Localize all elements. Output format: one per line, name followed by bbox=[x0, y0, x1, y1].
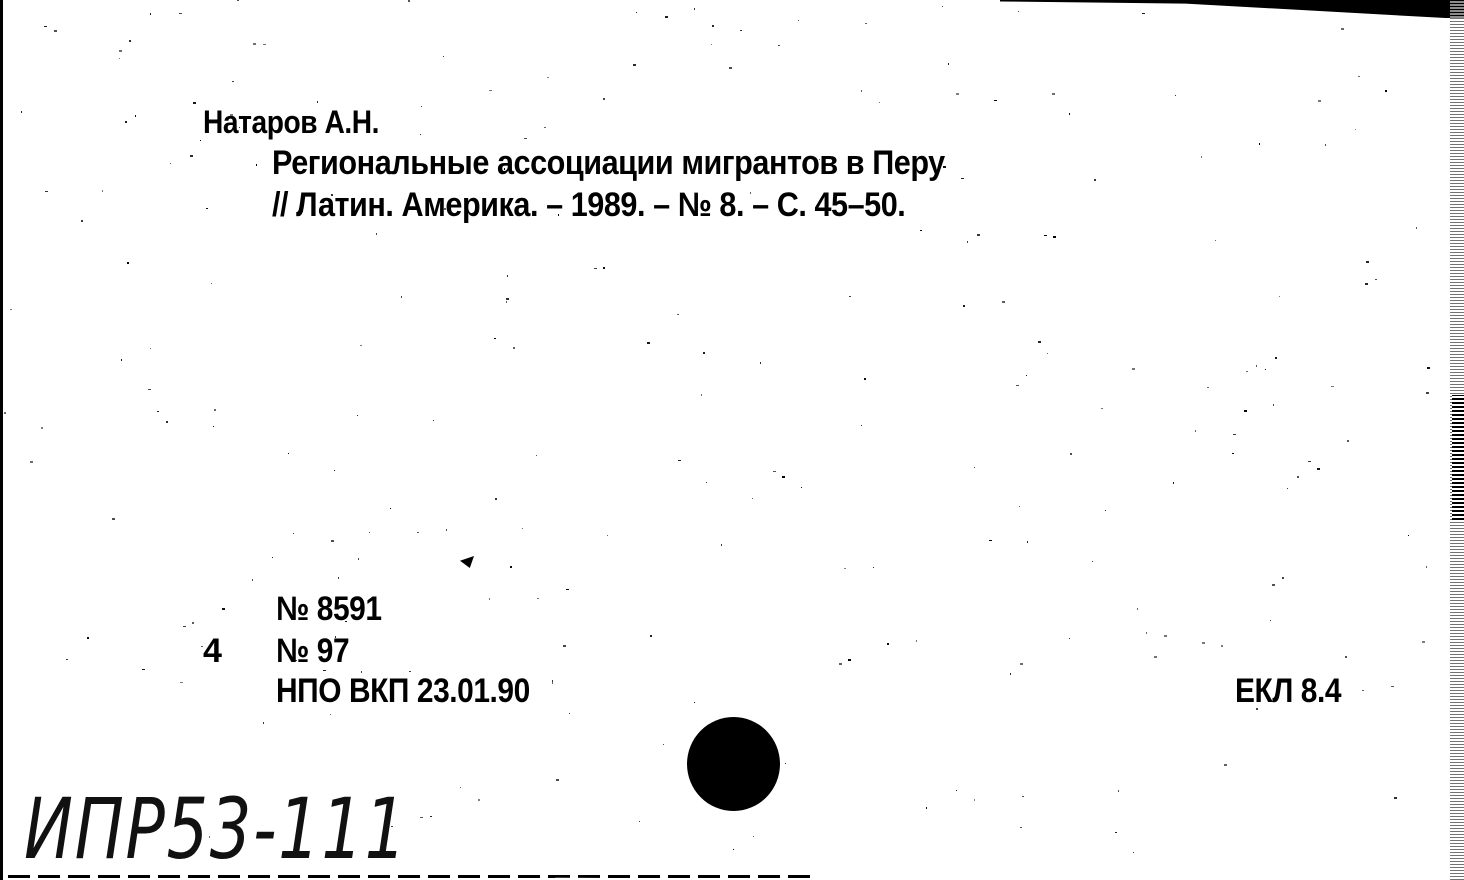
speck bbox=[752, 498, 753, 499]
speck bbox=[1115, 832, 1117, 833]
speck bbox=[1094, 179, 1096, 181]
speck bbox=[1345, 656, 1347, 658]
speck bbox=[1221, 645, 1223, 647]
speck bbox=[663, 744, 664, 745]
speck bbox=[558, 214, 559, 216]
speck bbox=[639, 821, 640, 822]
speck bbox=[301, 211, 303, 212]
speck bbox=[916, 640, 917, 642]
speck bbox=[180, 682, 183, 683]
speck bbox=[839, 663, 842, 665]
speck bbox=[544, 127, 546, 128]
ink-mark bbox=[460, 556, 474, 568]
speck bbox=[694, 702, 695, 703]
speck bbox=[478, 799, 480, 801]
speck bbox=[914, 161, 917, 162]
speck bbox=[369, 532, 370, 533]
speck bbox=[943, 166, 946, 168]
speck bbox=[1305, 688, 1306, 689]
speck bbox=[1002, 301, 1005, 303]
speck bbox=[190, 155, 193, 157]
speck bbox=[1026, 375, 1027, 376]
card-left-edge bbox=[0, 0, 3, 880]
speck bbox=[390, 508, 391, 509]
author: Натаров А.Н. bbox=[203, 104, 379, 141]
speck bbox=[1362, 690, 1364, 691]
speck bbox=[1365, 283, 1368, 285]
speck bbox=[1275, 357, 1277, 359]
speck bbox=[861, 425, 862, 426]
speck bbox=[433, 420, 434, 421]
speck bbox=[1195, 430, 1196, 432]
speck bbox=[1133, 852, 1134, 853]
speck bbox=[711, 44, 712, 45]
speck bbox=[1016, 385, 1019, 386]
speck bbox=[376, 233, 377, 235]
speck bbox=[733, 849, 734, 850]
speck bbox=[801, 487, 802, 488]
speck bbox=[1070, 453, 1072, 455]
speck bbox=[1272, 584, 1275, 586]
speck bbox=[494, 338, 496, 339]
speck bbox=[633, 64, 636, 66]
speck bbox=[54, 30, 57, 32]
speck bbox=[1279, 296, 1280, 297]
speck bbox=[430, 816, 432, 817]
speck bbox=[879, 102, 880, 103]
npo-line: НПО ВКП 23.01.90 bbox=[276, 672, 530, 711]
speck bbox=[510, 566, 512, 568]
speck bbox=[1422, 641, 1425, 643]
speck bbox=[293, 533, 294, 534]
speck bbox=[170, 163, 171, 164]
speck bbox=[701, 394, 702, 396]
speck bbox=[1416, 227, 1417, 229]
speck bbox=[1173, 482, 1174, 484]
speck bbox=[200, 140, 201, 141]
speck bbox=[507, 275, 508, 277]
speck bbox=[1408, 535, 1409, 536]
speck bbox=[213, 426, 214, 427]
speck bbox=[119, 50, 122, 52]
speck bbox=[1232, 453, 1234, 454]
speck bbox=[712, 25, 714, 27]
issue-number: № 97 bbox=[276, 632, 349, 671]
speck bbox=[1347, 440, 1349, 442]
speck bbox=[1437, 12, 1438, 13]
speck bbox=[351, 692, 352, 693]
speck bbox=[537, 598, 539, 599]
speck bbox=[750, 192, 751, 194]
speck bbox=[994, 100, 997, 101]
speck bbox=[956, 93, 959, 95]
speck bbox=[848, 659, 851, 661]
speck bbox=[703, 352, 705, 354]
speck bbox=[974, 799, 975, 801]
speck bbox=[1409, 4, 1410, 6]
speck bbox=[721, 544, 722, 546]
speck bbox=[1202, 642, 1205, 644]
speck bbox=[513, 347, 515, 349]
speck bbox=[566, 589, 569, 590]
speck bbox=[444, 208, 446, 210]
speck bbox=[1355, 129, 1356, 130]
speck bbox=[338, 577, 339, 579]
speck bbox=[718, 779, 721, 780]
speck bbox=[1270, 620, 1271, 621]
speck bbox=[948, 63, 949, 65]
speck bbox=[1020, 827, 1022, 828]
speck bbox=[678, 460, 681, 461]
speck bbox=[460, 787, 461, 788]
speck bbox=[334, 470, 335, 471]
speck bbox=[563, 645, 566, 647]
speck bbox=[1105, 510, 1106, 511]
speck bbox=[1101, 408, 1103, 409]
speck bbox=[844, 568, 846, 569]
speck bbox=[547, 77, 549, 78]
speck bbox=[201, 646, 203, 647]
speck bbox=[504, 168, 505, 170]
speck bbox=[417, 532, 419, 533]
speck bbox=[1287, 488, 1288, 489]
speck bbox=[961, 178, 964, 179]
speck bbox=[1118, 790, 1119, 792]
speck bbox=[30, 461, 33, 463]
speck bbox=[121, 359, 122, 361]
speck bbox=[183, 626, 186, 627]
speck bbox=[420, 817, 423, 818]
speck bbox=[1010, 673, 1011, 675]
handwritten-code: ИПР53-111 bbox=[24, 780, 408, 878]
speck bbox=[211, 283, 212, 284]
speck bbox=[1069, 113, 1070, 115]
speck bbox=[1391, 686, 1394, 687]
speck bbox=[345, 621, 347, 622]
speck bbox=[926, 807, 927, 809]
speck bbox=[2, 271, 3, 273]
speck bbox=[967, 241, 968, 243]
speck bbox=[1366, 261, 1369, 263]
speck bbox=[977, 234, 980, 236]
speck bbox=[636, 12, 637, 13]
speck bbox=[1375, 279, 1377, 280]
speck bbox=[1246, 371, 1248, 372]
speck bbox=[358, 558, 359, 560]
speck bbox=[331, 540, 334, 542]
speck bbox=[489, 90, 492, 91]
speck bbox=[506, 298, 509, 300]
speck bbox=[209, 836, 210, 838]
speck bbox=[1256, 708, 1258, 710]
speck bbox=[1259, 143, 1260, 145]
speck bbox=[119, 58, 120, 59]
speck bbox=[1256, 365, 1257, 367]
speck bbox=[1164, 635, 1167, 637]
speck bbox=[21, 111, 22, 113]
speck bbox=[361, 671, 362, 673]
speck bbox=[135, 115, 136, 117]
speck bbox=[1358, 76, 1360, 77]
speck bbox=[1325, 144, 1326, 146]
speck bbox=[778, 45, 780, 46]
speck bbox=[1053, 236, 1056, 238]
speck bbox=[1331, 386, 1334, 387]
speck bbox=[272, 557, 273, 558]
speck bbox=[331, 194, 333, 196]
speck bbox=[873, 567, 874, 568]
speck bbox=[865, 23, 867, 24]
speck bbox=[1201, 156, 1202, 158]
speck bbox=[798, 20, 799, 21]
speck bbox=[1052, 93, 1055, 95]
speck bbox=[214, 409, 216, 411]
speck bbox=[603, 267, 605, 269]
speck bbox=[956, 790, 957, 791]
speck bbox=[295, 660, 297, 661]
speck bbox=[102, 190, 103, 192]
speck bbox=[729, 67, 732, 69]
speck bbox=[1027, 541, 1028, 543]
speck bbox=[421, 106, 422, 107]
speck bbox=[409, 671, 411, 672]
speck bbox=[230, 114, 233, 116]
speck bbox=[1317, 468, 1320, 470]
speck bbox=[222, 608, 225, 610]
speck bbox=[263, 44, 266, 45]
speck bbox=[1394, 797, 1397, 799]
speck bbox=[179, 13, 182, 14]
speck bbox=[1022, 796, 1024, 797]
speck bbox=[252, 579, 253, 581]
speck bbox=[603, 98, 605, 100]
speck bbox=[512, 198, 513, 200]
speck bbox=[253, 43, 256, 45]
speck bbox=[1146, 632, 1147, 634]
speck bbox=[650, 635, 652, 637]
speck bbox=[753, 836, 754, 837]
card-top-edge-shadow bbox=[1000, 0, 1464, 18]
speck bbox=[1142, 13, 1145, 14]
speck bbox=[148, 389, 151, 390]
speck bbox=[1390, 6, 1392, 8]
speck bbox=[694, 8, 695, 10]
speck bbox=[849, 296, 851, 297]
speck bbox=[4, 412, 6, 414]
speck bbox=[607, 535, 608, 536]
speck bbox=[536, 455, 537, 456]
speck bbox=[760, 362, 761, 364]
speck bbox=[489, 598, 490, 600]
speck bbox=[193, 102, 196, 104]
speck bbox=[506, 301, 507, 303]
speck bbox=[773, 471, 776, 472]
speck bbox=[1426, 566, 1427, 568]
speck bbox=[740, 30, 742, 31]
speck bbox=[44, 26, 47, 27]
speck bbox=[237, 0, 239, 1]
punch-hole bbox=[687, 717, 780, 811]
speck bbox=[782, 476, 785, 478]
speck bbox=[552, 682, 553, 684]
speck bbox=[1019, 506, 1020, 507]
article-title: Региональные ассоциации мигрантов в Перу bbox=[272, 144, 945, 183]
speck bbox=[206, 208, 208, 209]
speck bbox=[1427, 367, 1430, 369]
speck bbox=[1207, 387, 1209, 388]
speck bbox=[522, 528, 523, 529]
speck bbox=[974, 467, 975, 468]
speck bbox=[150, 13, 151, 15]
speck bbox=[317, 101, 318, 103]
speck bbox=[1154, 656, 1157, 658]
speck bbox=[232, 81, 234, 82]
speck bbox=[1038, 341, 1041, 343]
speck bbox=[142, 669, 145, 670]
speck bbox=[1069, 638, 1070, 639]
speck bbox=[1137, 608, 1138, 610]
speck bbox=[41, 427, 43, 429]
speck bbox=[1132, 368, 1135, 370]
card-right-edge-stripe bbox=[1452, 395, 1464, 520]
speck bbox=[263, 722, 264, 724]
speck bbox=[112, 518, 115, 520]
speck bbox=[443, 56, 444, 57]
speck bbox=[647, 342, 650, 344]
source-citation: // Латин. Америка. – 1989. – № 8. – С. 4… bbox=[272, 186, 905, 225]
speck bbox=[330, 714, 331, 715]
speck bbox=[1273, 404, 1274, 406]
speck bbox=[66, 659, 68, 660]
speck bbox=[1233, 434, 1236, 435]
speck bbox=[920, 230, 922, 231]
speck bbox=[1224, 764, 1227, 766]
speck bbox=[1244, 410, 1247, 412]
speck bbox=[861, 90, 862, 92]
speck bbox=[157, 411, 159, 412]
speck bbox=[239, 127, 240, 128]
speck bbox=[1092, 561, 1093, 562]
speck bbox=[401, 296, 402, 298]
speck bbox=[87, 637, 89, 639]
speck bbox=[45, 191, 48, 192]
speck bbox=[594, 268, 597, 269]
speck bbox=[166, 421, 168, 423]
speck bbox=[256, 164, 257, 166]
speck bbox=[1318, 100, 1321, 102]
copies-count: 4 bbox=[203, 632, 221, 671]
speck bbox=[129, 40, 131, 42]
speck bbox=[1308, 461, 1311, 462]
speck bbox=[1385, 90, 1387, 92]
speck bbox=[1215, 240, 1216, 241]
speck bbox=[360, 345, 362, 346]
speck bbox=[446, 529, 447, 531]
speck bbox=[1020, 663, 1023, 665]
speck bbox=[819, 159, 820, 160]
speck bbox=[1175, 95, 1176, 96]
speck bbox=[887, 643, 889, 645]
speck bbox=[495, 498, 497, 500]
speck bbox=[1282, 577, 1284, 579]
speck bbox=[192, 622, 194, 624]
registration-number: № 8591 bbox=[276, 590, 382, 629]
classification-code: ЕКЛ 8.4 bbox=[1235, 672, 1341, 711]
speck bbox=[1018, 11, 1019, 12]
speck bbox=[524, 138, 527, 139]
speck bbox=[335, 636, 336, 638]
speck bbox=[150, 348, 151, 349]
speck bbox=[556, 779, 559, 781]
speck bbox=[288, 453, 289, 454]
speck bbox=[864, 378, 866, 380]
speck bbox=[125, 121, 127, 123]
catalog-card: Натаров А.Н. Региональные ассоциации миг… bbox=[0, 0, 1464, 880]
speck bbox=[1341, 28, 1344, 30]
speck bbox=[1426, 392, 1429, 394]
speck bbox=[677, 314, 679, 315]
speck bbox=[10, 309, 12, 310]
speck bbox=[323, 670, 326, 671]
speck bbox=[81, 220, 83, 222]
speck bbox=[1238, 693, 1239, 694]
speck bbox=[1297, 476, 1299, 478]
speck bbox=[1044, 235, 1047, 236]
speck bbox=[785, 763, 786, 764]
speck bbox=[127, 262, 129, 264]
speck bbox=[357, 415, 358, 416]
speck bbox=[420, 134, 421, 135]
speck bbox=[989, 540, 992, 541]
speck bbox=[1265, 369, 1266, 370]
speck bbox=[408, 0, 410, 2]
speck bbox=[665, 16, 668, 18]
speck bbox=[1047, 353, 1048, 354]
speck bbox=[942, 6, 943, 7]
speck bbox=[569, 713, 570, 714]
speck bbox=[963, 305, 965, 307]
speck bbox=[391, 826, 393, 827]
speck bbox=[706, 482, 707, 483]
